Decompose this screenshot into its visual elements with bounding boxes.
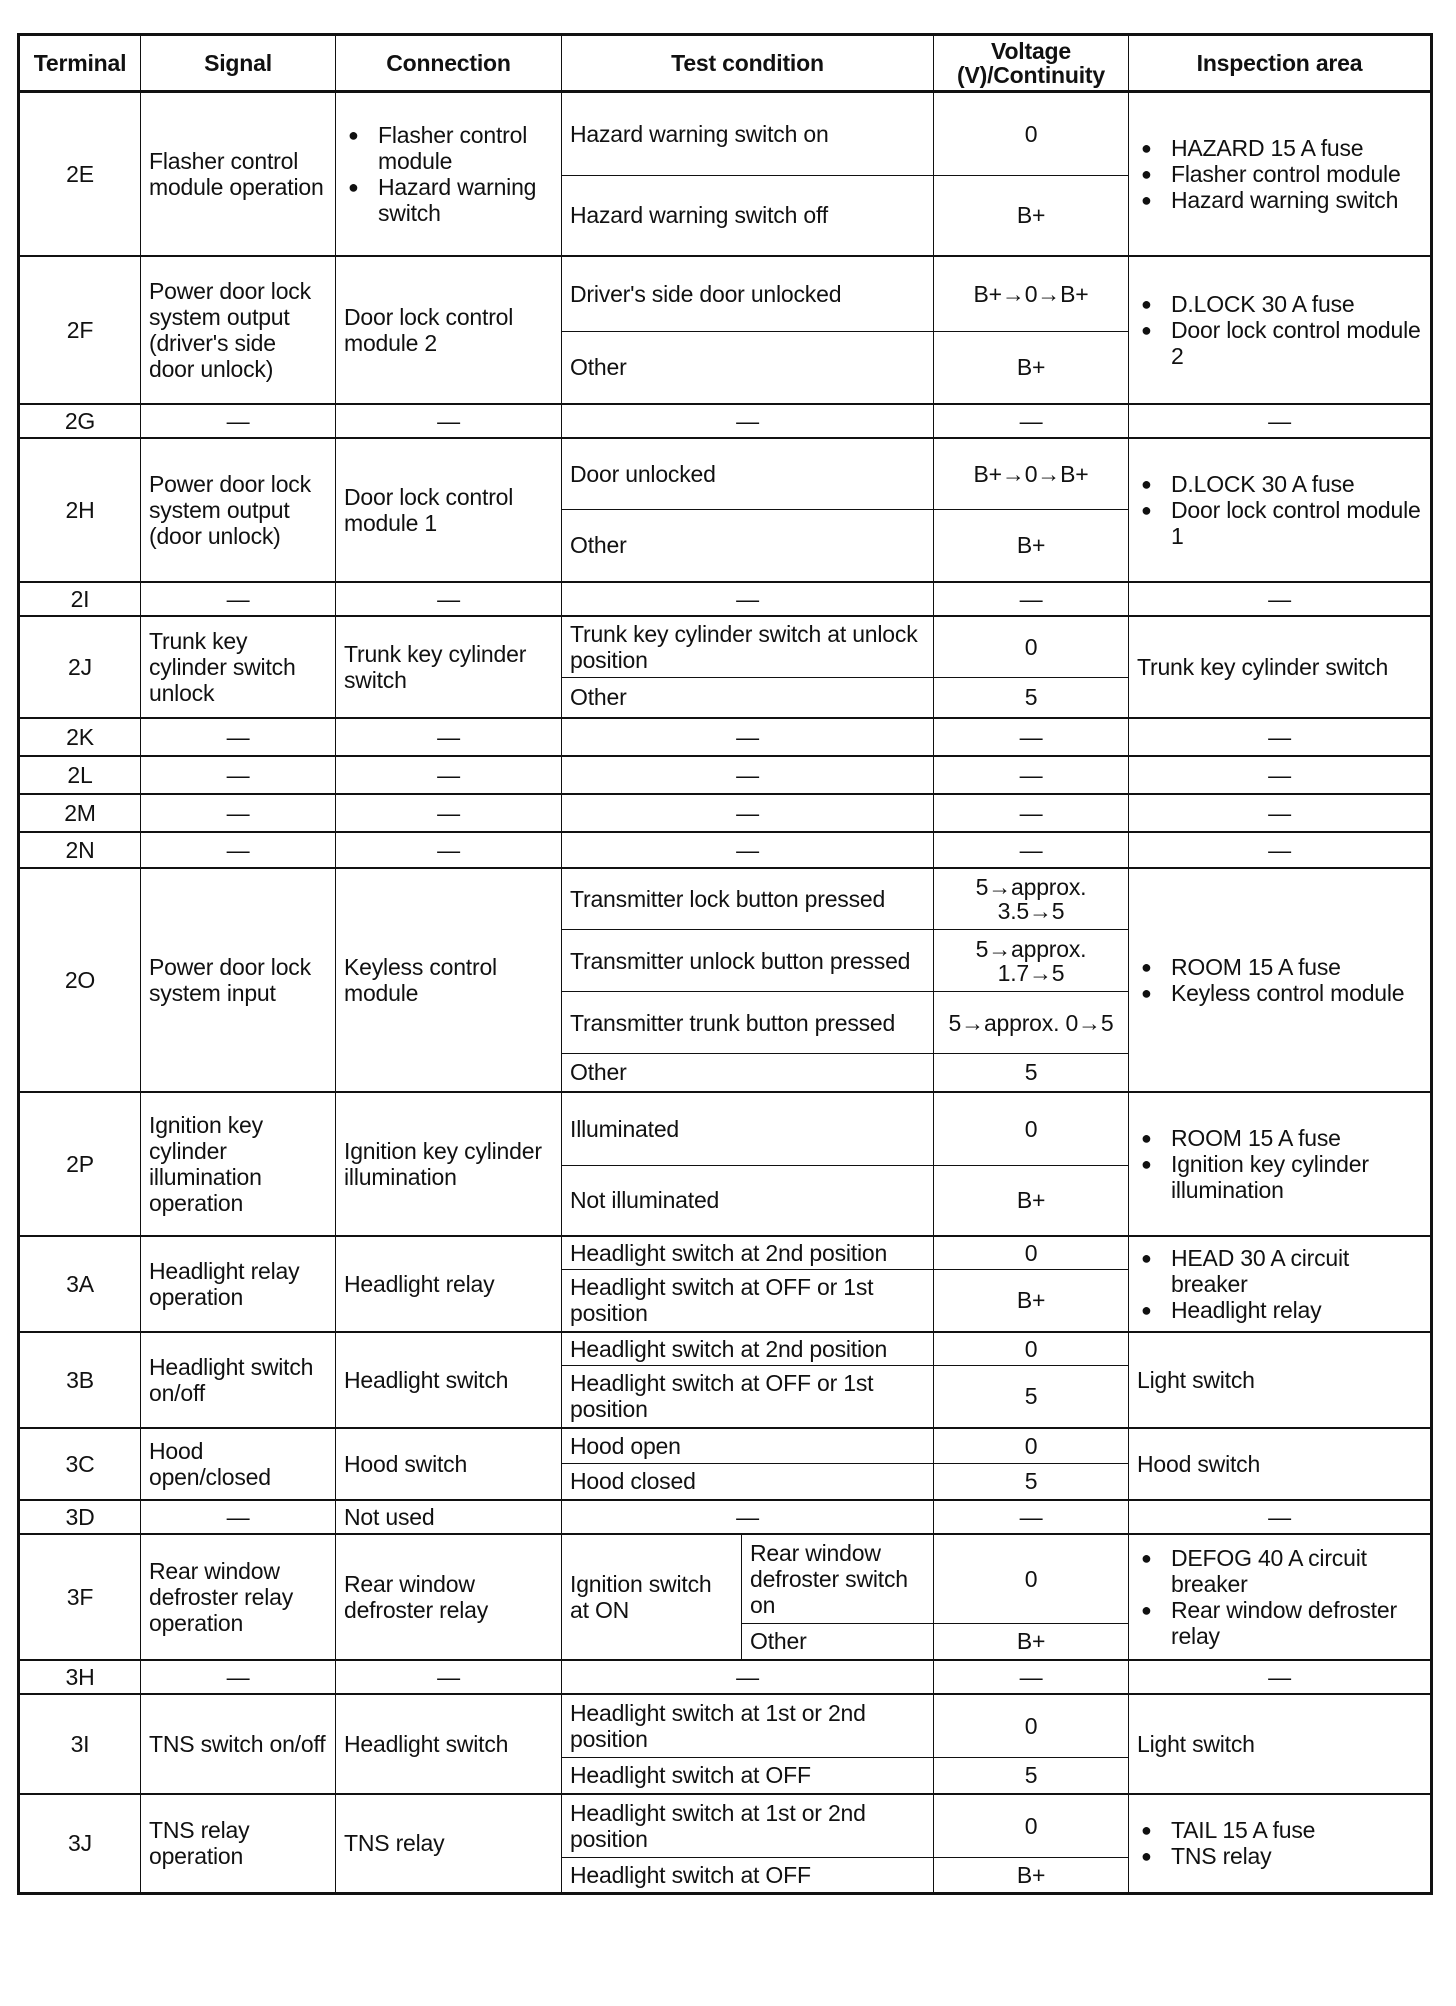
inspection-item: ROOM 15 A fuse xyxy=(1137,954,1422,980)
voltage-cell: B+→0→B+ xyxy=(934,438,1129,510)
connection-cell: — xyxy=(336,794,562,832)
voltage-cell: B+ xyxy=(934,332,1129,404)
test-condition-cell: Headlight switch at 1st or 2nd position xyxy=(562,1694,934,1758)
inspection-item: Keyless control module xyxy=(1137,980,1422,1006)
connection-item: Hazard warning switch xyxy=(344,174,553,226)
voltage-cell: 0 xyxy=(934,1092,1129,1166)
inspection-list: HAZARD 15 A fuseFlasher control moduleHa… xyxy=(1137,135,1422,213)
terminal-cell: 2F xyxy=(19,256,141,404)
condition-group-cell: Ignition switch at ON xyxy=(562,1534,742,1660)
voltage-cell: 5 xyxy=(934,1464,1129,1500)
table-row: 2I————— xyxy=(19,582,1432,616)
test-condition-cell: Other xyxy=(562,678,934,718)
voltage-cell: B+ xyxy=(934,176,1129,256)
test-condition-cell: Headlight switch at OFF xyxy=(562,1858,934,1894)
inspection-item: TNS relay xyxy=(1137,1843,1422,1869)
test-condition-cell: Door unlocked xyxy=(562,438,934,510)
voltage-cell: 5 xyxy=(934,1758,1129,1794)
signal-cell: Ignition key cylinder illumination opera… xyxy=(141,1092,336,1236)
table-row: 3H————— xyxy=(19,1660,1432,1694)
test-condition-cell: Hazard warning switch off xyxy=(562,176,934,256)
connection-cell: Rear window defroster relay xyxy=(336,1534,562,1660)
voltage-cell: — xyxy=(934,794,1129,832)
inspection-list: ROOM 15 A fuseKeyless control module xyxy=(1137,954,1422,1006)
inspection-area-cell: Hood switch xyxy=(1129,1428,1432,1500)
signal-cell: Hood open/closed xyxy=(141,1428,336,1500)
table-row: 2JTrunk key cylinder switch unlockTrunk … xyxy=(19,616,1432,678)
terminal-cell: 2G xyxy=(19,404,141,438)
terminal-cell: 3A xyxy=(19,1236,141,1332)
test-condition-cell: — xyxy=(562,1500,934,1534)
inspection-item: DEFOG 40 A circuit breaker xyxy=(1137,1545,1422,1597)
inspection-area-cell: ROOM 15 A fuseKeyless control module xyxy=(1129,868,1432,1092)
inspection-item: Ignition key cylinder illumination xyxy=(1137,1151,1422,1203)
terminal-cell: 2N xyxy=(19,832,141,868)
connection-cell: Hood switch xyxy=(336,1428,562,1500)
signal-cell: — xyxy=(141,718,336,756)
table-row: 2L————— xyxy=(19,756,1432,794)
inspection-area-cell: — xyxy=(1129,1500,1432,1534)
test-condition-cell: Headlight switch at 2nd position xyxy=(562,1236,934,1270)
connection-cell: TNS relay xyxy=(336,1794,562,1894)
voltage-cell: B+→0→B+ xyxy=(934,256,1129,332)
voltage-cell: 0 xyxy=(934,92,1129,176)
terminal-cell: 3F xyxy=(19,1534,141,1660)
voltage-cell: B+ xyxy=(934,1624,1129,1660)
inspection-list: D.LOCK 30 A fuseDoor lock control module… xyxy=(1137,291,1422,369)
table-row: 2M————— xyxy=(19,794,1432,832)
inspection-area-cell: HEAD 30 A circuit breakerHeadlight relay xyxy=(1129,1236,1432,1332)
signal-cell: — xyxy=(141,832,336,868)
test-condition-cell: Headlight switch at 2nd position xyxy=(562,1332,934,1366)
table-row: 2FPower door lock system output (driver'… xyxy=(19,256,1432,332)
inspection-area-cell: — xyxy=(1129,1660,1432,1694)
test-condition-cell: Other xyxy=(742,1624,934,1660)
test-condition-cell: Headlight switch at 1st or 2nd position xyxy=(562,1794,934,1858)
test-condition-cell: Rear window defroster switch on xyxy=(742,1534,934,1624)
inspection-area-cell: — xyxy=(1129,794,1432,832)
inspection-area-cell: — xyxy=(1129,832,1432,868)
connection-list: Flasher control moduleHazard warning swi… xyxy=(344,122,553,226)
connection-cell: — xyxy=(336,582,562,616)
voltage-cell: B+ xyxy=(934,1166,1129,1236)
inspection-list: HEAD 30 A circuit breakerHeadlight relay xyxy=(1137,1245,1422,1323)
signal-cell: Trunk key cylinder switch unlock xyxy=(141,616,336,718)
table-row: 2G————— xyxy=(19,404,1432,438)
header-signal: Signal xyxy=(141,35,336,92)
test-condition-cell: Transmitter trunk button pressed xyxy=(562,992,934,1054)
inspection-item: D.LOCK 30 A fuse xyxy=(1137,471,1422,497)
voltage-cell: 0 xyxy=(934,616,1129,678)
test-condition-cell: Hood open xyxy=(562,1428,934,1464)
terminal-cell: 3I xyxy=(19,1694,141,1794)
terminal-cell: 3D xyxy=(19,1500,141,1534)
voltage-cell: 5 xyxy=(934,1054,1129,1092)
connection-cell: Door lock control module 2 xyxy=(336,256,562,404)
inspection-item: Hazard warning switch xyxy=(1137,187,1422,213)
table-row: 3FRear window defroster relay operationR… xyxy=(19,1534,1432,1624)
voltage-cell: — xyxy=(934,832,1129,868)
voltage-cell: 5→approx. 0→5 xyxy=(934,992,1129,1054)
voltage-cell: 0 xyxy=(934,1236,1129,1270)
terminal-cell: 2P xyxy=(19,1092,141,1236)
inspection-area-cell: D.LOCK 30 A fuseDoor lock control module… xyxy=(1129,438,1432,582)
table-row: 3ITNS switch on/offHeadlight switchHeadl… xyxy=(19,1694,1432,1758)
inspection-list: D.LOCK 30 A fuseDoor lock control module… xyxy=(1137,471,1422,549)
voltage-cell: 0 xyxy=(934,1534,1129,1624)
header-row: Terminal Signal Connection Test conditio… xyxy=(19,35,1432,92)
voltage-cell: 0 xyxy=(934,1694,1129,1758)
connection-cell: Flasher control moduleHazard warning swi… xyxy=(336,92,562,256)
signal-cell: Rear window defroster relay operation xyxy=(141,1534,336,1660)
test-condition-cell: Trunk key cylinder switch at unlock posi… xyxy=(562,616,934,678)
voltage-cell: — xyxy=(934,582,1129,616)
table-row: 3JTNS relay operationTNS relayHeadlight … xyxy=(19,1794,1432,1858)
connection-cell: Keyless control module xyxy=(336,868,562,1092)
signal-cell: Power door lock system output (driver's … xyxy=(141,256,336,404)
terminal-cell: 3C xyxy=(19,1428,141,1500)
inspection-area-cell: ROOM 15 A fuseIgnition key cylinder illu… xyxy=(1129,1092,1432,1236)
inspection-item: Headlight relay xyxy=(1137,1297,1422,1323)
voltage-cell: B+ xyxy=(934,510,1129,582)
signal-cell: Power door lock system input xyxy=(141,868,336,1092)
inspection-area-cell: Light switch xyxy=(1129,1332,1432,1428)
inspection-item: Rear window defroster relay xyxy=(1137,1597,1422,1649)
voltage-cell: B+ xyxy=(934,1270,1129,1332)
table-row: 2K————— xyxy=(19,718,1432,756)
terminal-cell: 3H xyxy=(19,1660,141,1694)
test-condition-cell: — xyxy=(562,582,934,616)
test-condition-cell: Headlight switch at OFF or 1st position xyxy=(562,1270,934,1332)
terminal-cell: 2L xyxy=(19,756,141,794)
test-condition-cell: Headlight switch at OFF or 1st position xyxy=(562,1366,934,1428)
signal-cell: Power door lock system output (door unlo… xyxy=(141,438,336,582)
table-row: 3D—Not used——— xyxy=(19,1500,1432,1534)
inspection-table: Terminal Signal Connection Test conditio… xyxy=(17,33,1433,1895)
connection-cell: — xyxy=(336,718,562,756)
test-condition-cell: Illuminated xyxy=(562,1092,934,1166)
inspection-list: ROOM 15 A fuseIgnition key cylinder illu… xyxy=(1137,1125,1422,1203)
voltage-cell: — xyxy=(934,1660,1129,1694)
voltage-cell: 5→approx. 3.5→5 xyxy=(934,868,1129,930)
voltage-cell: — xyxy=(934,404,1129,438)
header-terminal: Terminal xyxy=(19,35,141,92)
table-row: 2PIgnition key cylinder illumination ope… xyxy=(19,1092,1432,1166)
terminal-cell: 2E xyxy=(19,92,141,256)
inspection-area-cell: — xyxy=(1129,756,1432,794)
voltage-cell: 5 xyxy=(934,678,1129,718)
voltage-cell: 5 xyxy=(934,1366,1129,1428)
inspection-list: TAIL 15 A fuseTNS relay xyxy=(1137,1817,1422,1869)
test-condition-cell: Hood closed xyxy=(562,1464,934,1500)
connection-cell: Not used xyxy=(336,1500,562,1534)
inspection-area-cell: Light switch xyxy=(1129,1694,1432,1794)
voltage-cell: — xyxy=(934,756,1129,794)
test-condition-cell: — xyxy=(562,404,934,438)
test-condition-cell: — xyxy=(562,832,934,868)
inspection-area-cell: — xyxy=(1129,582,1432,616)
inspection-item: ROOM 15 A fuse xyxy=(1137,1125,1422,1151)
voltage-cell: — xyxy=(934,718,1129,756)
inspection-item: Door lock control module 1 xyxy=(1137,497,1422,549)
inspection-area-cell: — xyxy=(1129,718,1432,756)
terminal-inspection-table: Terminal Signal Connection Test conditio… xyxy=(17,33,1430,1895)
header-inspection-area: Inspection area xyxy=(1129,35,1432,92)
signal-cell: — xyxy=(141,794,336,832)
terminal-cell: 3J xyxy=(19,1794,141,1894)
terminal-cell: 2M xyxy=(19,794,141,832)
table-row: 2N————— xyxy=(19,832,1432,868)
signal-cell: TNS switch on/off xyxy=(141,1694,336,1794)
header-voltage: Voltage (V)/Continuity xyxy=(934,35,1129,92)
test-condition-cell: — xyxy=(562,1660,934,1694)
connection-cell: Headlight relay xyxy=(336,1236,562,1332)
signal-cell: — xyxy=(141,1660,336,1694)
test-condition-cell: Other xyxy=(562,332,934,404)
table-row: 2HPower door lock system output (door un… xyxy=(19,438,1432,510)
test-condition-cell: — xyxy=(562,794,934,832)
signal-cell: — xyxy=(141,404,336,438)
test-condition-cell: Not illuminated xyxy=(562,1166,934,1236)
connection-cell: Ignition key cylinder illumination xyxy=(336,1092,562,1236)
inspection-area-cell: — xyxy=(1129,404,1432,438)
connection-item: Flasher control module xyxy=(344,122,553,174)
inspection-area-cell: DEFOG 40 A circuit breakerRear window de… xyxy=(1129,1534,1432,1660)
test-condition-cell: Other xyxy=(562,1054,934,1092)
voltage-cell: 5→approx. 1.7→5 xyxy=(934,930,1129,992)
inspection-item: HAZARD 15 A fuse xyxy=(1137,135,1422,161)
test-condition-cell: Driver's side door unlocked xyxy=(562,256,934,332)
inspection-item: Door lock control module 2 xyxy=(1137,317,1422,369)
signal-cell: TNS relay operation xyxy=(141,1794,336,1894)
header-connection: Connection xyxy=(336,35,562,92)
table-row: 3BHeadlight switch on/offHeadlight switc… xyxy=(19,1332,1432,1366)
signal-cell: — xyxy=(141,1500,336,1534)
test-condition-cell: — xyxy=(562,756,934,794)
terminal-cell: 3B xyxy=(19,1332,141,1428)
inspection-item: TAIL 15 A fuse xyxy=(1137,1817,1422,1843)
terminal-cell: 2J xyxy=(19,616,141,718)
terminal-cell: 2K xyxy=(19,718,141,756)
voltage-cell: 0 xyxy=(934,1332,1129,1366)
table-row: 2EFlasher control module operationFlashe… xyxy=(19,92,1432,176)
signal-cell: — xyxy=(141,756,336,794)
table-row: 2OPower door lock system inputKeyless co… xyxy=(19,868,1432,930)
header-test-condition: Test condition xyxy=(562,35,934,92)
connection-cell: — xyxy=(336,756,562,794)
voltage-cell: 0 xyxy=(934,1428,1129,1464)
terminal-cell: 2I xyxy=(19,582,141,616)
signal-cell: — xyxy=(141,582,336,616)
connection-cell: — xyxy=(336,832,562,868)
inspection-item: Flasher control module xyxy=(1137,161,1422,187)
test-condition-cell: — xyxy=(562,718,934,756)
terminal-cell: 2O xyxy=(19,868,141,1092)
test-condition-cell: Transmitter unlock button pressed xyxy=(562,930,934,992)
connection-cell: Trunk key cylinder switch xyxy=(336,616,562,718)
inspection-area-cell: D.LOCK 30 A fuseDoor lock control module… xyxy=(1129,256,1432,404)
inspection-area-cell: Trunk key cylinder switch xyxy=(1129,616,1432,718)
inspection-item: D.LOCK 30 A fuse xyxy=(1137,291,1422,317)
signal-cell: Headlight relay operation xyxy=(141,1236,336,1332)
connection-cell: Headlight switch xyxy=(336,1694,562,1794)
signal-cell: Headlight switch on/off xyxy=(141,1332,336,1428)
connection-cell: Headlight switch xyxy=(336,1332,562,1428)
signal-cell: Flasher control module operation xyxy=(141,92,336,256)
connection-cell: — xyxy=(336,1660,562,1694)
test-condition-cell: Other xyxy=(562,510,934,582)
connection-cell: — xyxy=(336,404,562,438)
voltage-cell: 0 xyxy=(934,1794,1129,1858)
voltage-cell: B+ xyxy=(934,1858,1129,1894)
table-row: 3CHood open/closedHood switchHood open0H… xyxy=(19,1428,1432,1464)
terminal-cell: 2H xyxy=(19,438,141,582)
connection-cell: Door lock control module 1 xyxy=(336,438,562,582)
test-condition-cell: Transmitter lock button pressed xyxy=(562,868,934,930)
test-condition-cell: Hazard warning switch on xyxy=(562,92,934,176)
table-row: 3AHeadlight relay operationHeadlight rel… xyxy=(19,1236,1432,1270)
inspection-item: HEAD 30 A circuit breaker xyxy=(1137,1245,1422,1297)
voltage-cell: — xyxy=(934,1500,1129,1534)
inspection-area-cell: HAZARD 15 A fuseFlasher control moduleHa… xyxy=(1129,92,1432,256)
inspection-area-cell: TAIL 15 A fuseTNS relay xyxy=(1129,1794,1432,1894)
test-condition-cell: Headlight switch at OFF xyxy=(562,1758,934,1794)
inspection-list: DEFOG 40 A circuit breakerRear window de… xyxy=(1137,1545,1422,1649)
